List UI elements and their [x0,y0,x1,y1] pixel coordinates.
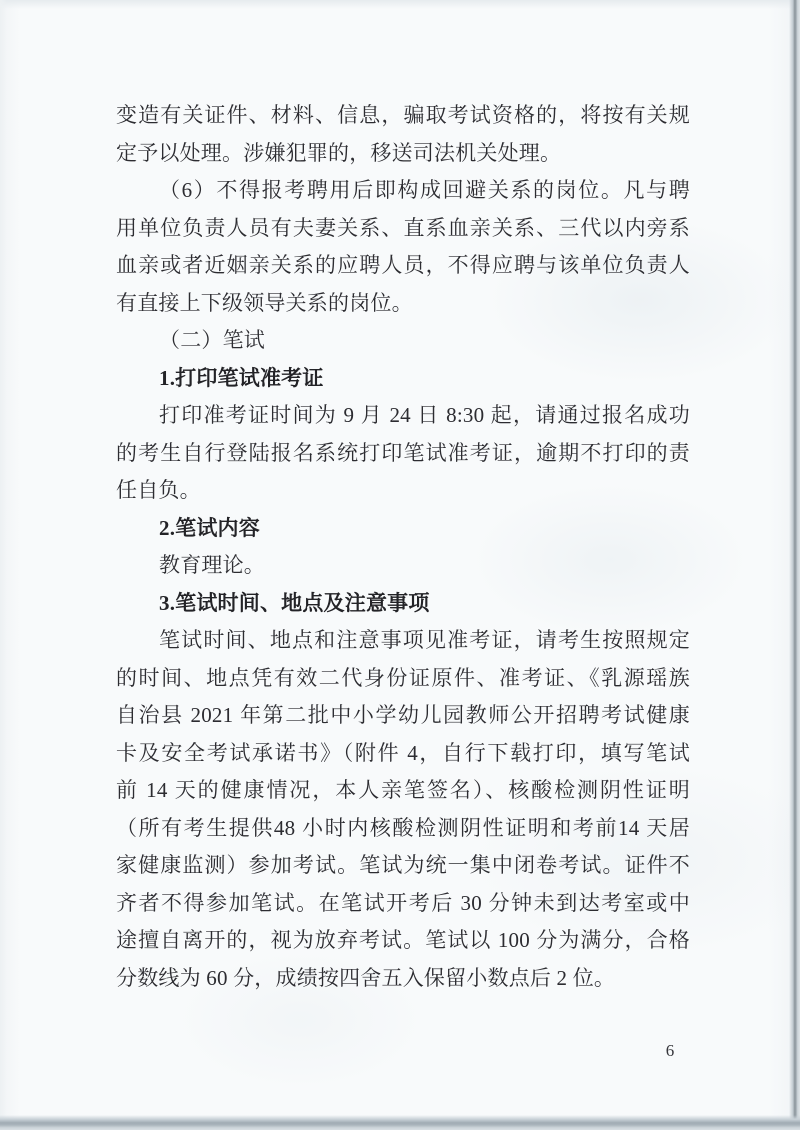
scan-edge-top [0,0,800,9]
text-line: 家健康监测）参加考试。笔试为统一集中闭卷考试。证件不 [116,847,690,885]
scan-edge-bottom [0,1115,800,1130]
text-line: 定予以处理。涉嫌犯罪的，移送司法机关处理。 [116,135,690,173]
text-line: 变造有关证件、材料、信息，骗取考试资格的，将按有关规 [116,97,690,135]
scanned-page: { "page": { "colors": { "paper": "#f8faf… [0,0,800,1130]
heading-line: 3.笔试时间、地点及注意事项 [116,585,690,623]
text-line: 用单位负责人员有夫妻关系、直系血亲关系、三代以内旁系 [116,210,690,248]
text-line: 分数线为 60 分，成绩按四舍五入保留小数点后 2 位。 [116,960,690,998]
text-line: 齐者不得参加笔试。在笔试开考后 30 分钟未到达考室或中 [116,885,690,923]
text-line: 有直接上下级领导关系的岗位。 [116,285,690,323]
text-line: （所有考生提供48 小时内核酸检测阴性证明和考前14 天居 [116,810,690,848]
text-block: 变造有关证件、材料、信息，骗取考试资格的，将按有关规定予以处理。涉嫌犯罪的，移送… [116,97,690,997]
page-number: 6 [656,1040,684,1062]
text-line: 笔试时间、地点和注意事项见准考证，请考生按照规定 [116,622,690,660]
scan-edge-right [789,0,800,1130]
text-line: 任自负。 [116,472,690,510]
scan-edge-left [0,0,7,1130]
text-line: 自治县 2021 年第二批中小学幼儿园教师公开招聘考试健康 [116,697,690,735]
text-line: 前 14 天的健康情况，本人亲笔签名）、核酸检测阴性证明 [116,772,690,810]
text-line: 途擅自离开的，视为放弃考试。笔试以 100 分为满分，合格 [116,922,690,960]
text-line: 打印准考证时间为 9 月 24 日 8:30 起，请通过报名成功 [116,397,690,435]
text-line: 的时间、地点凭有效二代身份证原件、准考证、《乳源瑶族 [116,660,690,698]
text-line: 卡及安全考试承诺书》（附件 4，自行下载打印，填写笔试 [116,735,690,773]
text-line: （6）不得报考聘用后即构成回避关系的岗位。凡与聘 [116,172,690,210]
text-line: 血亲或者近姻亲关系的应聘人员，不得应聘与该单位负责人 [116,247,690,285]
text-line: 教育理论。 [116,547,690,585]
text-line: （二）笔试 [116,322,690,360]
text-line: 的考生自行登陆报名系统打印笔试准考证，逾期不打印的责 [116,435,690,473]
heading-line: 1.打印笔试准考证 [116,360,690,398]
heading-line: 2.笔试内容 [116,510,690,548]
